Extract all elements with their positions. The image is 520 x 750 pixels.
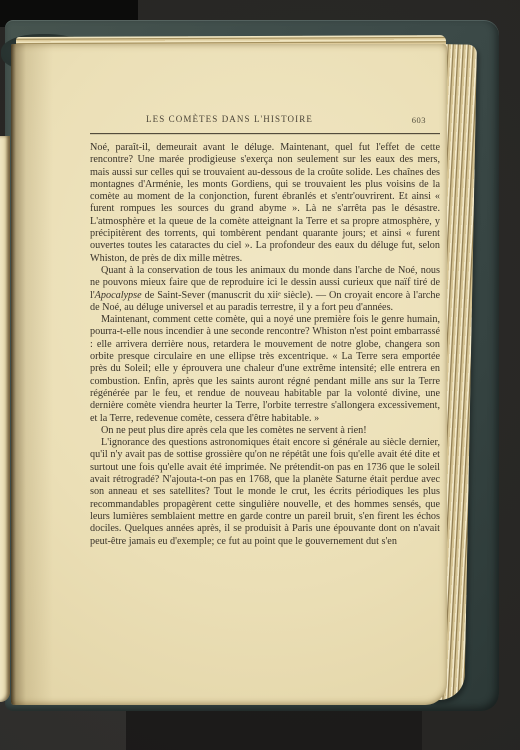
facing-page-edge bbox=[0, 136, 10, 702]
body-text: Noé, paraît-il, demeurait avant le délug… bbox=[90, 142, 440, 548]
paragraph: On ne peut plus dire après cela que les … bbox=[90, 425, 440, 437]
paragraph: Quant à la conservation de tous les anim… bbox=[90, 265, 440, 314]
header-rule bbox=[90, 133, 440, 134]
italic-title: Apocalypse bbox=[95, 290, 142, 301]
paragraph: Noé, paraît-il, demeurait avant le délug… bbox=[90, 142, 440, 265]
paragraph-text: de Saint-Sever (manuscrit du xiiᵉ siècle… bbox=[90, 290, 440, 313]
page-number: 603 bbox=[412, 115, 426, 125]
book-page: LES COMÈTES DANS L'HISTOIRE 603 Noé, par… bbox=[11, 44, 447, 705]
chapter-title: LES COMÈTES DANS L'HISTOIRE bbox=[146, 114, 313, 124]
scanned-book-photo: LES COMÈTES DANS L'HISTOIRE 603 Noé, par… bbox=[0, 0, 520, 750]
paragraph: Maintenant, comment cette comète, qui a … bbox=[90, 314, 440, 425]
page-content: LES COMÈTES DANS L'HISTOIRE 603 Noé, par… bbox=[90, 102, 440, 548]
paragraph: L'ignorance des questions astronomiques … bbox=[90, 437, 440, 548]
running-head: LES COMÈTES DANS L'HISTOIRE 603 bbox=[90, 102, 440, 133]
